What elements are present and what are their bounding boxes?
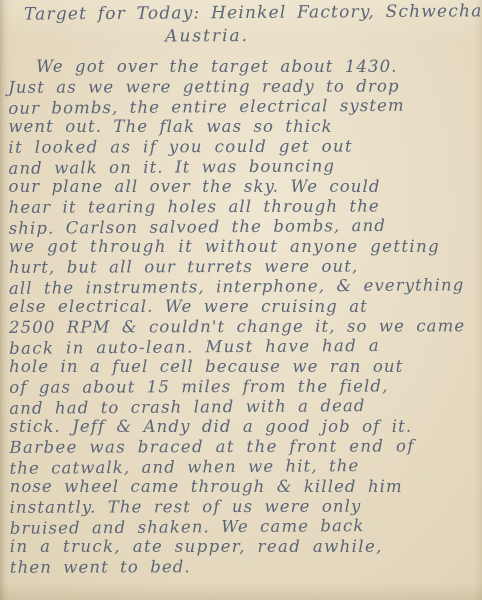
handwritten-line: and walk on it. It was bouncing bbox=[8, 155, 477, 179]
handwritten-line: then went to bed. bbox=[10, 556, 479, 578]
heading-line-2: Austria. bbox=[8, 24, 476, 47]
handwritten-line: 2500 RPM & couldn't change it, so we cam… bbox=[9, 316, 478, 338]
handwritten-line: went out. The flak was so thick bbox=[8, 117, 477, 137]
handwritten-line: Just as we were getting ready to drop bbox=[8, 76, 477, 98]
handwritten-line: We got over the target about 1430. bbox=[8, 57, 477, 77]
handwritten-line: we got through it without anyone getting bbox=[9, 237, 478, 257]
handwritten-line: nose wheel came through & killed him bbox=[10, 477, 479, 497]
handwritten-line: in a truck, ate supper, read awhile, bbox=[10, 537, 479, 557]
handwritten-line: stick. Jeff & Andy did a good job of it. bbox=[9, 417, 478, 437]
handwritten-line: instantly. The rest of us were only bbox=[10, 496, 479, 518]
handwritten-line: it looked as if you could get out bbox=[8, 136, 477, 158]
heading-line-1: Target for Today: Heinkel Factory, Schwe… bbox=[8, 1, 476, 24]
handwritten-line: Barbee was braced at the front end of bbox=[9, 436, 478, 458]
handwritten-line: the catwalk, and when we hit, the bbox=[9, 455, 478, 479]
handwritten-line: hear it tearing holes all through the bbox=[9, 196, 478, 218]
handwritten-line: back in auto-lean. Must have had a bbox=[9, 335, 478, 359]
handwritten-line: ship. Carlson salvoed the bombs, and bbox=[9, 215, 478, 239]
handwritten-line: hurt, but all our turrets were out, bbox=[9, 256, 478, 278]
diary-page: Target for Today: Heinkel Factory, Schwe… bbox=[0, 0, 482, 600]
handwritten-line: of gas about 15 miles from the field, bbox=[9, 376, 478, 398]
handwritten-line: all the instruments, interphone, & every… bbox=[9, 275, 478, 299]
entry-heading: Target for Today: Heinkel Factory, Schwe… bbox=[8, 1, 476, 47]
handwritten-line: our bombs, the entire electrical system bbox=[8, 95, 477, 119]
handwritten-line: else electrical. We were cruising at bbox=[9, 297, 478, 317]
handwritten-line: hole in a fuel cell because we ran out bbox=[9, 357, 478, 377]
handwritten-line: our plane all over the sky. We could bbox=[9, 177, 478, 197]
handwritten-line: bruised and shaken. We came back bbox=[10, 515, 479, 539]
handwritten-line: and had to crash land with a dead bbox=[9, 395, 478, 419]
entry-body: We got over the target about 1430.Just a… bbox=[8, 56, 479, 578]
